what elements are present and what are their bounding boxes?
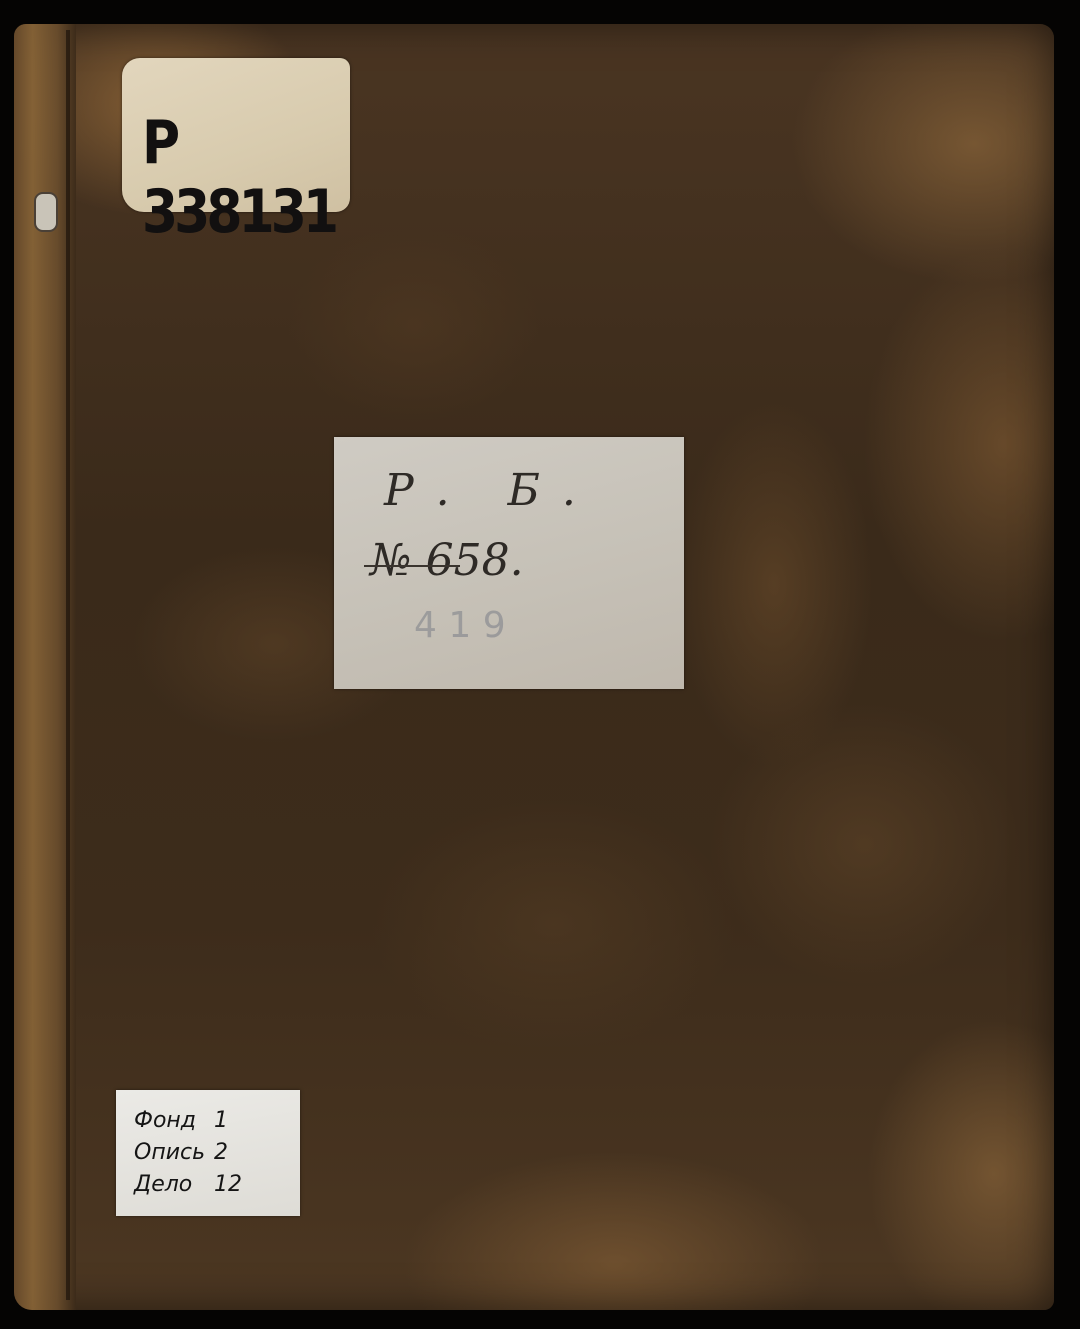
library-label: Р. Б. № 658. 4 1 9	[334, 437, 684, 689]
number-sign: №	[370, 535, 412, 586]
opis-label-text: Опись	[134, 1140, 205, 1165]
fond-label-text: Фонд	[134, 1108, 196, 1133]
archive-code: Р 338131	[142, 109, 350, 247]
clasp-icon	[34, 192, 58, 232]
delo-value: 12	[214, 1172, 242, 1197]
library-number-line: № 658.	[370, 535, 524, 586]
delo-row: Дело 12	[134, 1172, 192, 1197]
fond-row: Фонд 1	[134, 1108, 196, 1133]
opis-value: 2	[214, 1140, 228, 1165]
number-underline	[364, 565, 460, 567]
library-number: 658.	[426, 535, 524, 586]
spine-edge	[66, 30, 70, 1300]
pencil-note: 4 1 9	[414, 605, 506, 646]
archive-code-label: Р 338131	[122, 58, 350, 212]
fond-label: Фонд 1 Опись 2 Дело 12	[116, 1090, 300, 1216]
fond-value: 1	[214, 1108, 228, 1133]
opis-row: Опись 2	[134, 1140, 205, 1165]
library-initials: Р. Б.	[384, 465, 598, 516]
delo-label-text: Дело	[134, 1172, 192, 1197]
